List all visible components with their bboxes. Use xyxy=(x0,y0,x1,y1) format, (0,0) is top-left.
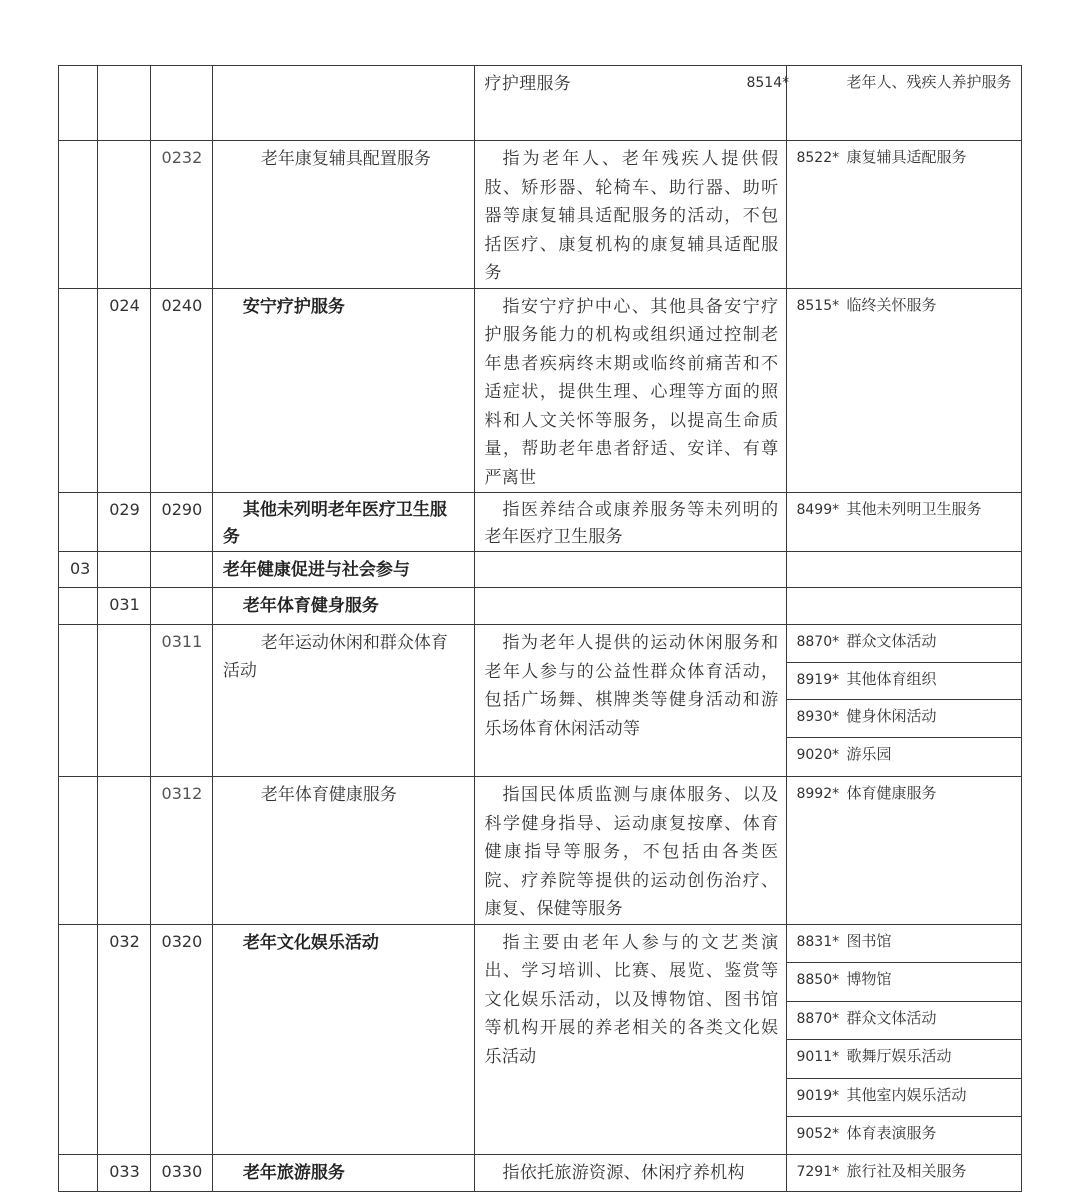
reference-entry: 8919*其他体育组织 xyxy=(787,663,1021,701)
reference-entry: 9020*游乐园 xyxy=(787,738,1021,776)
reference-cell: 8992*体育健康服务 xyxy=(787,777,1022,925)
major-code-cell: 032 xyxy=(98,924,150,1155)
mid-code-cell xyxy=(150,552,212,588)
major-code-cell: 029 xyxy=(98,493,150,552)
reference-code: 9019* xyxy=(796,1083,846,1110)
description-cell: 指国民体质监测与康体服务、以及科学健身指导、运动康复按摩、体育健康指导等服务，不… xyxy=(474,777,787,925)
reference-entry: 9052*体育表演服务 xyxy=(787,1117,1021,1154)
mid-code-cell: 0290 xyxy=(150,493,212,552)
reference-entry: 8522*康复辅具适配服务 xyxy=(787,141,1021,172)
reference-label: 老年人、残疾人养护服务 xyxy=(846,73,1011,91)
mid-code-cell: 0311 xyxy=(150,625,212,777)
name-cell xyxy=(212,66,474,141)
reference-label: 健身休闲活动 xyxy=(846,707,936,725)
mid-code-cell: 0320 xyxy=(150,924,212,1155)
reference-label: 群众文体活动 xyxy=(846,1009,936,1027)
reference-label: 旅行社及相关服务 xyxy=(846,1162,966,1180)
mid-code-cell: 0330 xyxy=(150,1155,212,1192)
section-code-cell xyxy=(59,66,98,141)
reference-code: 8919* xyxy=(796,667,846,694)
reference-code: 8850* xyxy=(796,967,846,994)
reference-code: 9020* xyxy=(796,742,846,769)
reference-entry: 8515*临终关怀服务 xyxy=(787,289,1021,320)
mid-code-cell: 0240 xyxy=(150,288,212,493)
name-cell: 安宁疗护服务 xyxy=(212,288,474,493)
name-cell: 老年健康促进与社会参与 xyxy=(212,552,474,588)
reference-label: 临终关怀服务 xyxy=(846,296,936,314)
reference-cell: 7291*旅行社及相关服务 xyxy=(787,1155,1022,1192)
table-row: 03 老年健康促进与社会参与 xyxy=(59,552,1022,588)
major-code-cell xyxy=(98,625,150,777)
reference-entry: 8870*群众文体活动 xyxy=(787,1002,1021,1041)
reference-cell: 8499*其他未列明卫生服务 xyxy=(787,493,1022,552)
section-code-cell: 03 xyxy=(59,552,98,588)
section-code-cell xyxy=(59,1155,98,1192)
description-cell: 指为老年人、老年残疾人提供假肢、矫形器、轮椅车、助行器、助听器等康复辅具适配服务… xyxy=(474,141,787,289)
table-row: 033 0330 老年旅游服务 指依托旅游资源、休闲疗养机构 7291*旅行社及… xyxy=(59,1155,1022,1192)
description-cell xyxy=(474,552,787,588)
reference-code: 9011* xyxy=(796,1044,846,1071)
reference-cell: 8514*老年人、残疾人养护服务 xyxy=(787,66,1022,141)
reference-label: 图书馆 xyxy=(846,932,891,950)
table-row: 029 0290 其他未列明老年医疗卫生服务 指医养结合或康养服务等未列明的老年… xyxy=(59,493,1022,552)
reference-entry: 7291*旅行社及相关服务 xyxy=(787,1155,1021,1186)
reference-cell xyxy=(787,588,1022,625)
reference-entry: 8870*群众文体活动 xyxy=(787,625,1021,663)
reference-entry: 8850*博物馆 xyxy=(787,963,1021,1002)
reference-label: 游乐园 xyxy=(846,745,891,763)
reference-entry: 8499*其他未列明卫生服务 xyxy=(787,493,1021,524)
major-code-cell: 024 xyxy=(98,288,150,493)
reference-label: 康复辅具适配服务 xyxy=(846,148,966,166)
description-cell: 指为老年人提供的运动休闲服务和老年人参与的公益性群众体育活动，包括广场舞、棋牌类… xyxy=(474,625,787,777)
reference-code: 8870* xyxy=(796,629,846,656)
description-cell: 指医养结合或康养服务等未列明的老年医疗卫生服务 xyxy=(474,493,787,552)
description-cell: 疗护理服务 xyxy=(474,66,787,141)
reference-entry: 8930*健身休闲活动 xyxy=(787,700,1021,738)
table-row: 024 0240 安宁疗护服务 指安宁疗护中心、其他具备安宁疗护服务能力的机构或… xyxy=(59,288,1022,493)
reference-label: 其他体育组织 xyxy=(846,670,936,688)
section-code-cell xyxy=(59,777,98,925)
section-code-cell xyxy=(59,588,98,625)
description-cell xyxy=(474,588,787,625)
reference-code: 9052* xyxy=(796,1121,846,1148)
table-row: 031 老年体育健身服务 xyxy=(59,588,1022,625)
name-cell: 老年运动休闲和群众体育活动 xyxy=(212,625,474,777)
reference-cell: 8870*群众文体活动 8919*其他体育组织 8930*健身休闲活动 9020… xyxy=(787,625,1022,777)
reference-label: 群众文体活动 xyxy=(846,632,936,650)
name-cell: 老年体育健康服务 xyxy=(212,777,474,925)
section-code-cell xyxy=(59,288,98,493)
major-code-cell xyxy=(98,66,150,141)
table-row: 0312 老年体育健康服务 指国民体质监测与康体服务、以及科学健身指导、运动康复… xyxy=(59,777,1022,925)
reference-label: 其他室内娱乐活动 xyxy=(846,1086,966,1104)
reference-code: 8992* xyxy=(796,781,846,808)
mid-code-cell xyxy=(150,66,212,141)
reference-cell xyxy=(787,552,1022,588)
reference-entry: 9019*其他室内娱乐活动 xyxy=(787,1079,1021,1118)
name-cell: 老年康复辅具配置服务 xyxy=(212,141,474,289)
description-cell: 指安宁疗护中心、其他具备安宁疗护服务能力的机构或组织通过控制老年患者疾病终末期或… xyxy=(474,288,787,493)
description-cell: 指依托旅游资源、休闲疗养机构 xyxy=(474,1155,787,1192)
reference-cell: 8831*图书馆 8850*博物馆 8870*群众文体活动 9011*歌舞厅娱乐… xyxy=(787,924,1022,1155)
reference-code: 8930* xyxy=(796,704,846,731)
reference-entry: 8992*体育健康服务 xyxy=(787,777,1021,808)
reference-code: 8515* xyxy=(796,293,846,320)
classification-table: 疗护理服务 8514*老年人、残疾人养护服务 0232 老年康复辅具配置服务 指… xyxy=(58,65,1022,1192)
reference-entry: 8831*图书馆 xyxy=(787,925,1021,964)
name-cell: 老年文化娱乐活动 xyxy=(212,924,474,1155)
table-row: 032 0320 老年文化娱乐活动 指主要由老年人参与的文艺类演出、学习培训、比… xyxy=(59,924,1022,1155)
reference-label: 博物馆 xyxy=(846,970,891,988)
reference-code: 7291* xyxy=(796,1159,846,1186)
section-code-cell xyxy=(59,493,98,552)
reference-entry: 9011*歌舞厅娱乐活动 xyxy=(787,1040,1021,1079)
reference-label: 其他未列明卫生服务 xyxy=(846,500,981,518)
description-cell: 指主要由老年人参与的文艺类演出、学习培训、比赛、展览、鉴赏等文化娱乐活动，以及博… xyxy=(474,924,787,1155)
section-code-cell xyxy=(59,625,98,777)
name-cell: 老年体育健身服务 xyxy=(212,588,474,625)
document-page: 疗护理服务 8514*老年人、残疾人养护服务 0232 老年康复辅具配置服务 指… xyxy=(0,0,1080,1196)
reference-code: 8522* xyxy=(796,145,846,172)
mid-code-cell: 0312 xyxy=(150,777,212,925)
section-code-cell xyxy=(59,924,98,1155)
reference-cell: 8515*临终关怀服务 xyxy=(787,288,1022,493)
section-code-cell xyxy=(59,141,98,289)
reference-label: 歌舞厅娱乐活动 xyxy=(846,1047,951,1065)
reference-cell: 8522*康复辅具适配服务 xyxy=(787,141,1022,289)
major-code-cell xyxy=(98,141,150,289)
mid-code-cell: 0232 xyxy=(150,141,212,289)
table-row: 0311 老年运动休闲和群众体育活动 指为老年人提供的运动休闲服务和老年人参与的… xyxy=(59,625,1022,777)
major-code-cell: 031 xyxy=(98,588,150,625)
major-code-cell: 033 xyxy=(98,1155,150,1192)
reference-code: 8831* xyxy=(796,929,846,956)
reference-code: 8514* xyxy=(796,70,846,97)
mid-code-cell xyxy=(150,588,212,625)
reference-entry: 8514*老年人、残疾人养护服务 xyxy=(787,66,1021,97)
name-cell: 其他未列明老年医疗卫生服务 xyxy=(212,493,474,552)
reference-code: 8870* xyxy=(796,1006,846,1033)
reference-label: 体育表演服务 xyxy=(846,1124,936,1142)
major-code-cell xyxy=(98,552,150,588)
reference-label: 体育健康服务 xyxy=(846,784,936,802)
table-row: 疗护理服务 8514*老年人、残疾人养护服务 xyxy=(59,66,1022,141)
name-cell: 老年旅游服务 xyxy=(212,1155,474,1192)
table-row: 0232 老年康复辅具配置服务 指为老年人、老年残疾人提供假肢、矫形器、轮椅车、… xyxy=(59,141,1022,289)
major-code-cell xyxy=(98,777,150,925)
reference-code: 8499* xyxy=(796,497,846,524)
